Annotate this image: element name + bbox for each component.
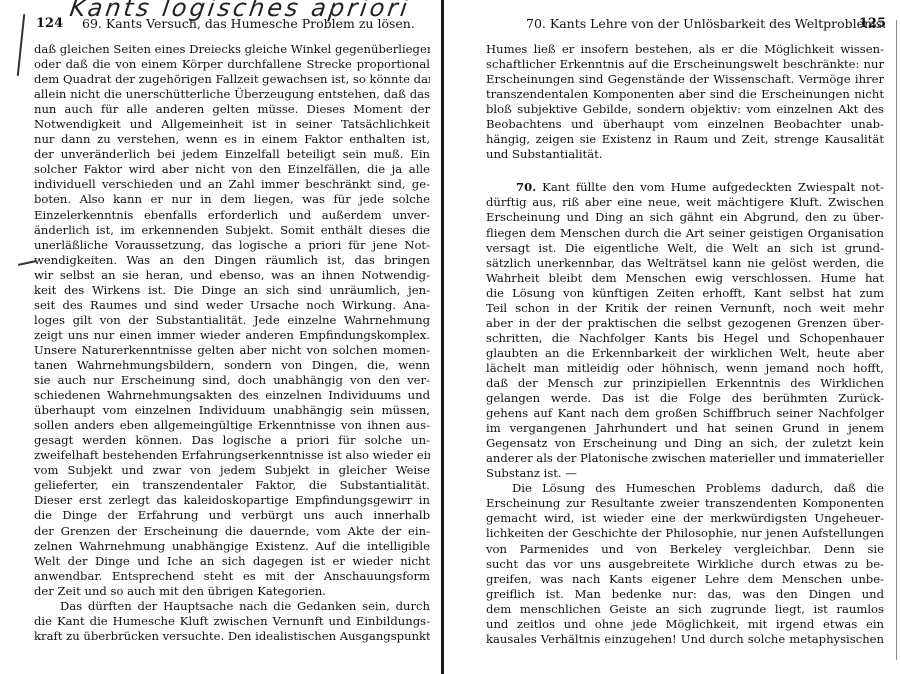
text-line: Erscheinung zur Resultante zweier transz… <box>486 496 884 511</box>
text-line: bloß subjektive Gebilde, sondern objekti… <box>486 102 884 117</box>
text-line: fliegen dem Menschen durch die Art seine… <box>486 226 884 241</box>
text-line: im vergangenen Jahrhundert und hat seine… <box>486 421 884 436</box>
text-line: hängig, zeigen sie Existenz in Raum und … <box>486 132 884 147</box>
text-line: dem Quadrat der zugehörigen Fallzeit gew… <box>34 72 430 87</box>
text-line: sätzlich unerkennbar, das Welträtsel kan… <box>486 256 884 271</box>
text-line: kraft zu überbrücken versuchte. Den idea… <box>34 629 430 644</box>
text-line: gesagt werden können. Das logische a pri… <box>34 433 430 448</box>
text-line: greifen, was nach Kants eigener Lehre de… <box>486 572 884 587</box>
text-line: daß gleichen Seiten eines Dreiecks gleic… <box>34 42 430 57</box>
text-line: schiedenen Wahrnehmungsakten des einzeln… <box>34 388 430 403</box>
text-line: Dieser erst zerlegt das kaleidoskopartig… <box>34 493 430 508</box>
text-line: Wahrheit bleibt dem Menschen ewig versch… <box>486 271 884 286</box>
left-page: 124 69. Kants Versuch, das Humesche Prob… <box>0 0 438 674</box>
text-line: Welt der Dinge und Iche an sich dagegen … <box>34 554 430 569</box>
text-line: gelieferter, ein transzendentaler Faktor… <box>34 478 430 493</box>
text-line: und zeitlos und ohne jede Möglichkeit, m… <box>486 617 884 632</box>
text-line: gemacht wird, ist wieder eine der merkwü… <box>486 511 884 526</box>
text-line: individuell verschieden und an Zahl imme… <box>34 177 430 192</box>
section-first-line: 70. Kant füllte den vom Hume aufgedeckte… <box>486 180 884 195</box>
text-line: glaubten an die Erkennbarkeit der wirkli… <box>486 346 884 361</box>
text-line: der Zeit und so auch mit den übrigen Kat… <box>34 584 430 599</box>
running-title-left: 69. Kants Versuch, das Humesche Problem … <box>82 16 415 31</box>
section-number: 70. <box>516 180 536 194</box>
text-line: nun auch für alle anderen gelten müsse. … <box>34 102 430 117</box>
text-line: vom Subjekt und zwar von jedem Subjekt i… <box>34 463 430 478</box>
text-line: der Grenzen der Erscheinung die dauernde… <box>34 524 430 539</box>
text-line: unerläßliche Voraussetzung, das logische… <box>34 238 430 253</box>
text-line: schritten, die Nachfolger Kants bis Hege… <box>486 331 884 346</box>
text-line: nur dann zu verstehen, wenn es in einem … <box>34 132 430 147</box>
page-number-left: 124 <box>36 16 63 31</box>
text-line: Beobachtens und überhaupt vom einzelnen … <box>486 117 884 132</box>
text-line: anwendbar. Entsprechend steht es mit der… <box>34 569 430 584</box>
text-line: greiflich ist. Man bedenke nur: das, was… <box>486 587 884 602</box>
text-line: schaftlicher Erkenntnis auf die Erschein… <box>486 57 884 72</box>
text-line: Einzelerkenntnis ebenfalls erforderlich … <box>34 208 430 223</box>
text-line: daß der Mensch zur prinzipiellen Erkennt… <box>486 376 884 391</box>
right-page: 70. Kants Lehre von der Unlösbarkeit des… <box>446 0 900 674</box>
text-line: Notwendigkeit und Allgemeinheit ist in s… <box>34 117 430 132</box>
text-line: transzendentalen Komponenten aber sind d… <box>486 87 884 102</box>
text-line: zeigt uns nur einen immer wieder anderen… <box>34 328 430 343</box>
text-line: dem menschlichen Geiste an sich zugrunde… <box>486 602 884 617</box>
text-line: Erscheinungen sind Gegenstände der Wisse… <box>486 72 884 87</box>
text-line: dürftig aus, riß aber eine neue, weit mä… <box>486 195 884 210</box>
right-page-body: Humes ließ er insofern bestehen, als er … <box>486 42 884 647</box>
book-spread: Kants logisches apriori 124 69. Kants Ve… <box>0 0 900 674</box>
text-line: sollen anders eben allgemeingültige Erke… <box>34 418 430 433</box>
text-line: allein nicht die unerschütterliche Überz… <box>34 87 430 102</box>
text-line: keit des Wirkens ist. Die Dinge an sich … <box>34 283 430 298</box>
text-line: Gegensatz von Erscheinung und Ding an si… <box>486 436 884 451</box>
text-line: lächelt man mitleidig oder höhnisch, wen… <box>486 361 884 376</box>
text-line: anderer als der Platonische zwischen mat… <box>486 451 884 466</box>
text-line: tanen Wahrnehmungsbildern, sondern von D… <box>34 358 430 373</box>
text-line: änderlich ist, im erkennenden Subjekt. S… <box>34 223 430 238</box>
text-line: und Substantialität. <box>486 147 884 162</box>
text-line: loges gilt von der Substantialität. Jede… <box>34 313 430 328</box>
text-line: seit des Raumes und sind weder Ursache n… <box>34 298 430 313</box>
text-line: kausales Verhältnis einzugehen! Und durc… <box>486 632 884 647</box>
running-title-right: 70. Kants Lehre von der Unlösbarkeit des… <box>526 16 886 31</box>
text-fragment: Kant füllte den vom Hume aufgedeckten Zw… <box>542 180 884 194</box>
text-line: lichkeiten der Geschichte der Philosophi… <box>486 526 884 541</box>
text-line: der unveränderlich bei jedem Einzelfall … <box>34 147 430 162</box>
text-line: Humes ließ er insofern bestehen, als er … <box>486 42 884 57</box>
text-line: aber in der der praktischen die selbst g… <box>486 316 884 331</box>
text-line: zelnen Wahrnehmung unabhängige Existenz.… <box>34 539 430 554</box>
text-line: gehens auf Kant nach dem großen Schiffbr… <box>486 406 884 421</box>
text-line: Substanz ist. — <box>486 466 884 481</box>
text-line: sucht das vor uns ausgebreitete Wirklich… <box>486 557 884 572</box>
text-line: versagt ist. Die eigentliche Welt, die W… <box>486 241 884 256</box>
text-line: die Kant die Humesche Kluft zwischen Ver… <box>34 614 430 629</box>
text-line: Erscheinung und Ding an sich gähnt ein A… <box>486 210 884 225</box>
text-line: sie auch nur Erscheinung sind, doch unab… <box>34 373 430 388</box>
text-line: die Dinge der Erfahrung und verbürgt uns… <box>34 508 430 523</box>
text-line: Die Lösung des Humeschen Problems dadurc… <box>486 481 884 496</box>
text-line: zweifelhaft bestehenden Erfahrungserkenn… <box>34 448 430 463</box>
section-gap <box>486 162 884 180</box>
text-line: Unsere Naturerkenntnisse gelten aber nic… <box>34 343 430 358</box>
text-line: solcher Faktor wird aber nicht von den E… <box>34 162 430 177</box>
left-page-body: daß gleichen Seiten eines Dreiecks gleic… <box>34 42 430 644</box>
text-line: überhaupt vom einzelnen Individuum unabh… <box>34 403 430 418</box>
text-line: oder daß die von einem Körper durchfalle… <box>34 57 430 72</box>
text-line: wendigkeiten. Was an den Dingen räumlich… <box>34 253 430 268</box>
text-line: wir selbst an sie heran, und ebenso, was… <box>34 268 430 283</box>
page-number-right: 125 <box>859 16 886 31</box>
text-line: von Parmenides und von Berkeley vergleic… <box>486 542 884 557</box>
text-line: Teil schon in der Kritik der reinen Vern… <box>486 301 884 316</box>
text-line: Das dürften der Hauptsache nach die Geda… <box>34 599 430 614</box>
book-gutter <box>441 0 444 674</box>
text-line: boten. Also kann er nur in dem liegen, w… <box>34 192 430 207</box>
text-line: gelangen werde. Das ist die Folge des be… <box>486 391 884 406</box>
text-line: die Lösung von künftigen Zeiten erhofft,… <box>486 286 884 301</box>
